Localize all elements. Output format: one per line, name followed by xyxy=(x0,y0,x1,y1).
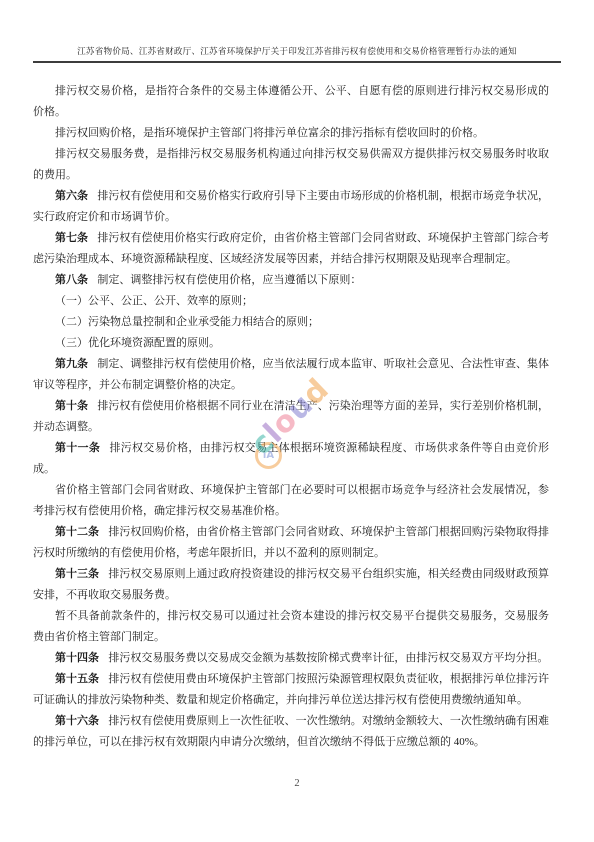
article-label: 第十二条 xyxy=(55,526,108,538)
paragraph-text: 排污权交易原则上通过政府投资建设的排污权交易平台组织实施，相关经费由同级财政预算… xyxy=(33,568,549,601)
article-label: 第九条 xyxy=(55,358,97,370)
paragraph-text: （一）公平、公正、公开、效率的原则； xyxy=(55,295,253,307)
article-label: 第七条 xyxy=(55,232,97,244)
article-label: 第十一条 xyxy=(55,442,109,454)
paragraph: 排污权回购价格，是指环境保护主管部门将排污单位富余的排污指标有偿收回时的价格。 xyxy=(33,123,549,144)
article-label: 第八条 xyxy=(55,274,97,286)
paragraph-text: 排污权交易价格，是指符合条件的交易主体遵循公开、公平、自愿有偿的原则进行排污权交… xyxy=(33,85,549,118)
paragraph: 第十五条排污权有偿使用费由环境保护主管部门按照污染源管理权限负责征收，根据排污单… xyxy=(33,669,549,711)
paragraph-text: 排污权有偿使用和交易价格实行政府引导下主要由市场形成的价格机制，根据市场竞争状况… xyxy=(33,190,549,223)
article-label: 第十四条 xyxy=(55,652,108,664)
paragraph: 第十条排污权有偿使用价格根据不同行业在清洁生产、污染治理等方面的差异，实行差别价… xyxy=(33,396,549,438)
paragraph-text: 暂不具备前款条件的，排污权交易可以通过社会资本建设的排污权交易平台提供交易服务，… xyxy=(33,610,549,643)
paragraph: 省价格主管部门会同省财政、环境保护主管部门在必要时可以根据市场竞争与经济社会发展… xyxy=(33,480,549,522)
article-label: 第十五条 xyxy=(55,673,108,685)
paragraph: 第十四条排污权交易服务费以交易成交金额为基数按阶梯式费率计征，由排污权交易双方平… xyxy=(33,648,549,669)
paragraph: （三）优化环境资源配置的原则。 xyxy=(33,333,549,354)
paragraph-text: 排污权有偿使用价格根据不同行业在清洁生产、污染治理等方面的差异，实行差别价格机制… xyxy=(33,400,549,433)
paragraph-text: （二）污染物总量控制和企业承受能力相结合的原则； xyxy=(55,316,319,328)
paragraph: 排污权交易价格，是指符合条件的交易主体遵循公开、公平、自愿有偿的原则进行排污权交… xyxy=(33,81,549,123)
paragraph: 暂不具备前款条件的，排污权交易可以通过社会资本建设的排污权交易平台提供交易服务，… xyxy=(33,606,549,648)
page-number: 2 xyxy=(0,778,594,789)
article-label: 第六条 xyxy=(55,190,97,202)
paragraph: 第十六条排污权有偿使用费原则上一次性征收、一次性缴纳。对缴纳金额较大、一次性缴纳… xyxy=(33,711,549,753)
article-label: 第十三条 xyxy=(55,568,108,580)
paragraph-text: 省价格主管部门会同省财政、环境保护主管部门在必要时可以根据市场竞争与经济社会发展… xyxy=(33,484,549,517)
document-page: 江苏省物价局、江苏省财政厅、江苏省环境保护厅关于印发江苏省排污权有偿使用和交易价… xyxy=(0,0,594,842)
paragraph: 第十一条排污权交易价格，由排污权交易主体根据环境资源稀缺程度、市场供求条件等自由… xyxy=(33,438,549,480)
paragraph-text: 排污权有偿使用费由环境保护主管部门按照污染源管理权限负责征收，根据排污单位排污许… xyxy=(33,673,549,706)
article-label: 第十条 xyxy=(55,400,97,412)
paragraph: 第九条制定、调整排污权有偿使用价格，应当依法履行成本监审、听取社会意见、合法性审… xyxy=(33,354,549,396)
paragraph-text: 排污权有偿使用价格实行政府定价，由省价格主管部门会同省财政、环境保护主管部门综合… xyxy=(33,232,549,265)
paragraph-text: 排污权交易价格，由排污权交易主体根据环境资源稀缺程度、市场供求条件等自由竞价形成… xyxy=(33,442,549,475)
paragraph-text: 排污权回购价格，由省价格主管部门会同省财政、环境保护主管部门根据回购污染物取得排… xyxy=(33,526,549,559)
paragraph-text: 排污权交易服务费，是指排污权交易服务机构通过向排污权交易供需双方提供排污权交易服… xyxy=(33,148,549,181)
paragraph-text: 排污权有偿使用费原则上一次性征收、一次性缴纳。对缴纳金额较大、一次性缴纳确有困难… xyxy=(33,715,549,748)
paragraph: 第八条制定、调整排污权有偿使用价格，应当遵循以下原则： xyxy=(33,270,549,291)
paragraph-text: 排污权回购价格，是指环境保护主管部门将排污单位富余的排污指标有偿收回时的价格。 xyxy=(55,127,484,139)
paragraph-text: 排污权交易服务费以交易成交金额为基数按阶梯式费率计征，由排污权交易双方平均分担。 xyxy=(108,652,548,664)
paragraph: （一）公平、公正、公开、效率的原则； xyxy=(33,291,549,312)
paragraph: 第六条排污权有偿使用和交易价格实行政府引导下主要由市场形成的价格机制，根据市场竞… xyxy=(33,186,549,228)
paragraph-text: 制定、调整排污权有偿使用价格，应当遵循以下原则： xyxy=(97,274,361,286)
paragraph: 第十三条排污权交易原则上通过政府投资建设的排污权交易平台组织实施，相关经费由同级… xyxy=(33,564,549,606)
paragraph: （二）污染物总量控制和企业承受能力相结合的原则； xyxy=(33,312,549,333)
paragraph-text: 制定、调整排污权有偿使用价格，应当依法履行成本监审、听取社会意见、合法性审查、集… xyxy=(33,358,549,391)
header-title: 江苏省物价局、江苏省财政厅、江苏省环境保护厅关于印发江苏省排污权有偿使用和交易价… xyxy=(33,45,561,57)
paragraph-text: （三）优化环境资源配置的原则。 xyxy=(55,337,220,349)
paragraph: 第七条排污权有偿使用价格实行政府定价，由省价格主管部门会同省财政、环境保护主管部… xyxy=(33,228,549,270)
document-body: 排污权交易价格，是指符合条件的交易主体遵循公开、公平、自愿有偿的原则进行排污权交… xyxy=(33,81,549,753)
paragraph: 第十二条排污权回购价格，由省价格主管部门会同省财政、环境保护主管部门根据回购污染… xyxy=(33,522,549,564)
article-label: 第十六条 xyxy=(55,715,108,727)
document-header: 江苏省物价局、江苏省财政厅、江苏省环境保护厅关于印发江苏省排污权有偿使用和交易价… xyxy=(33,45,561,63)
paragraph: 排污权交易服务费，是指排污权交易服务机构通过向排污权交易供需双方提供排污权交易服… xyxy=(33,144,549,186)
